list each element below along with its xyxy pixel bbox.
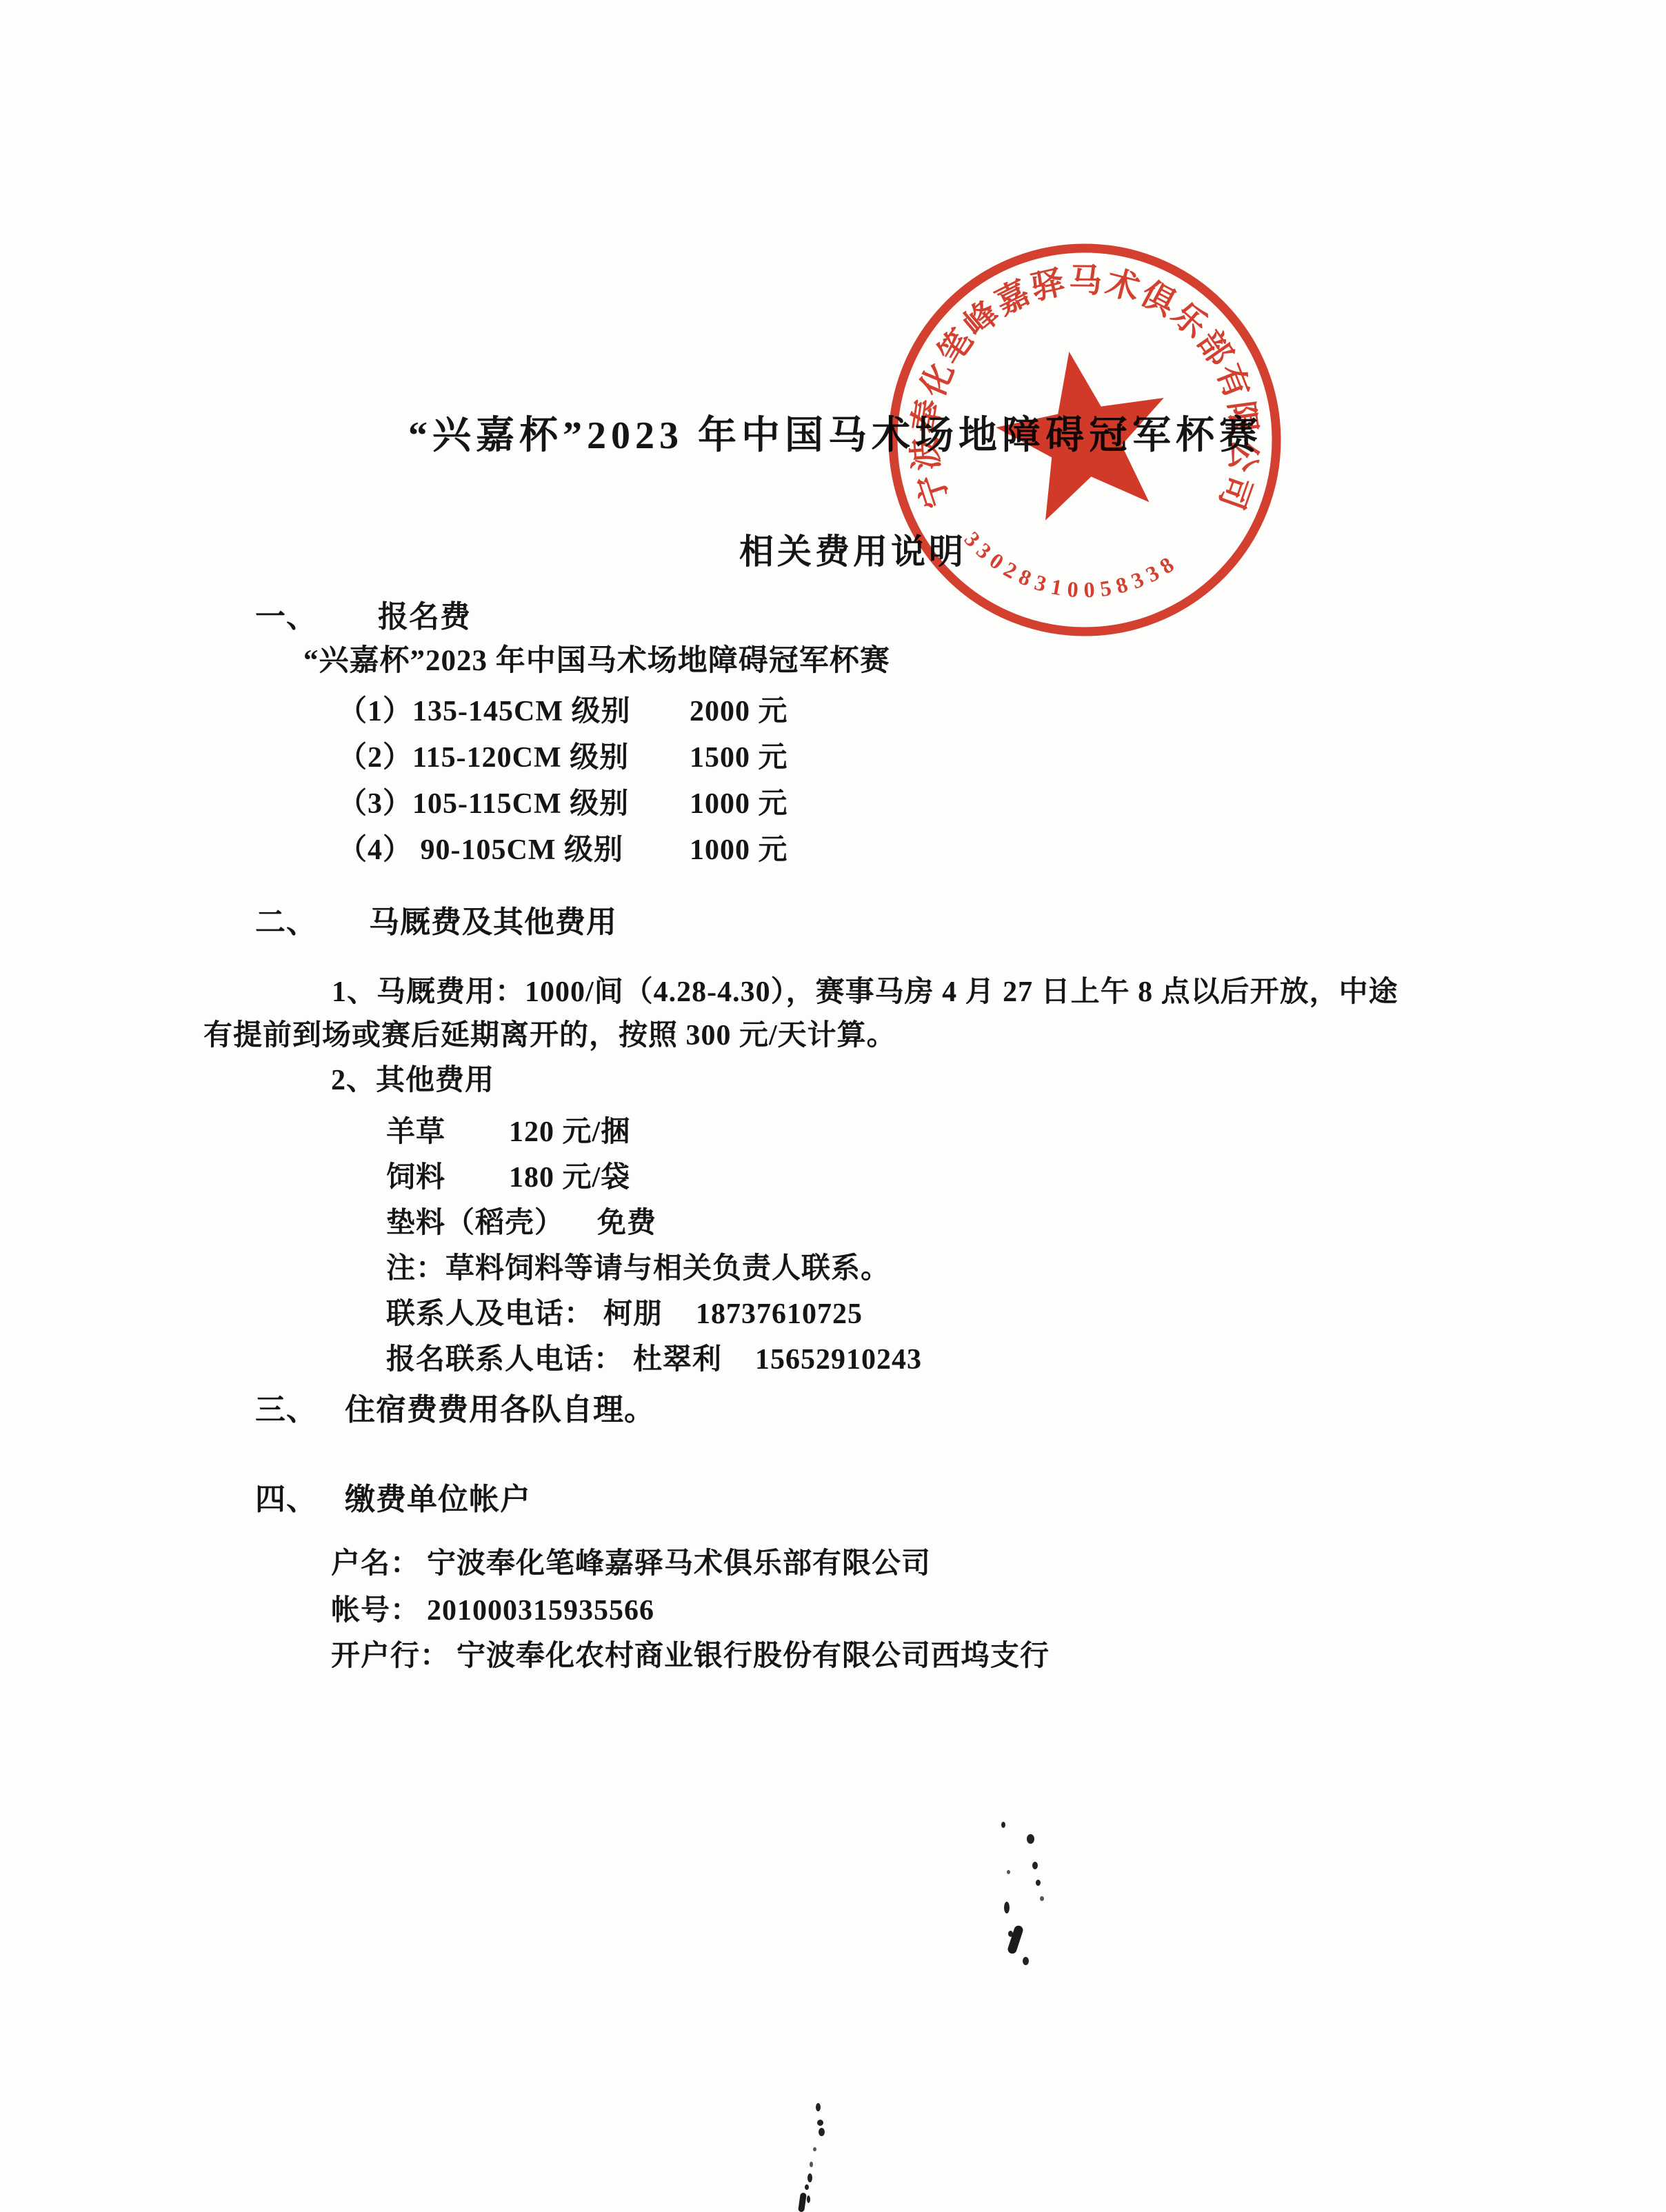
ink-speck [1032,1862,1038,1869]
stamp-serial-number: 33028310058338 [960,527,1183,603]
other-fee-label: 羊草 [386,1116,509,1149]
account-name-row: 户名：宁波奉化笔峰嘉驿马术俱乐部有限公司 [331,1547,931,1580]
fee-price: 1000 元 [690,788,788,820]
contact-row: 联系人及电话：柯朋18737610725 [386,1298,863,1331]
ink-speck [1040,1896,1044,1901]
ink-speck [1001,1822,1005,1828]
other-fee-price: 免费 [597,1207,656,1239]
contact-phone: 18737610725 [696,1298,863,1330]
section-heading-text: 报名费 [378,600,471,634]
other-fee-label: 垫料（稻壳） [386,1207,597,1240]
document-page: “兴嘉杯”2023 年中国马术场地障碍冠军杯赛 相关费用说明 一、报名费 “兴嘉… [0,0,1666,2212]
account-number-row: 帐号：201000315935566 [331,1594,654,1627]
section-stable-heading: 二、马厩费及其他费用 [255,905,617,941]
ink-streak [1007,1924,1024,1955]
ink-speck [807,2195,810,2203]
fee-label: （1）135-145CM 级别 [338,695,690,728]
other-fee-row: 羊草120 元/捆 [386,1116,630,1149]
ink-speck [816,2103,821,2111]
feed-note: 注：草料饲料等请与相关负责人联系。 [386,1252,890,1285]
ink-speck [807,2173,812,2182]
account-number-value: 201000315935566 [427,1595,654,1627]
account-name-value: 宁波奉化笔峰嘉驿马术俱乐部有限公司 [427,1548,931,1580]
section-registration-heading: 一、报名费 [255,600,471,635]
fee-price: 1500 元 [690,742,788,774]
ink-speck [810,2162,813,2167]
ink-speck [817,2120,823,2126]
contact-row: 报名联系人电话：杜翠利15652910243 [386,1343,922,1376]
fee-row: （2）115-120CM 级别1500 元 [338,741,788,774]
ink-speck [819,2128,825,2136]
fee-row: （4） 90-105CM 级别1000 元 [338,834,788,867]
fee-row: （1）135-145CM 级别2000 元 [338,695,788,728]
company-seal-stamp: 宁波奉化笔峰嘉驿马术俱乐部有限公司 33028310058338 [878,233,1292,647]
fee-row: （3）105-115CM 级别1000 元 [338,787,788,821]
stable-fee-paragraph: 1、马厩费用：1000/间（4.28-4.30），赛事马房 4 月 27 日上午… [203,971,1424,1058]
fee-label: （2）115-120CM 级别 [338,741,690,774]
ink-streak [798,2193,807,2212]
ink-speck [805,2184,809,2190]
section-heading-text: 马厩费及其他费用 [369,905,617,939]
contact-name: 柯朋 [603,1298,663,1330]
contact-label: 报名联系人电话： [386,1344,623,1376]
section-accommodation: 三、住宿费费用各队自理。 [255,1393,655,1428]
event-name-line: “兴嘉杯”2023 年中国马术场地障碍冠军杯赛 [303,644,890,678]
bank-row: 开户行：宁波奉化农村商业银行股份有限公司西坞支行 [331,1640,1050,1673]
section-marker: 一、 [255,600,317,634]
account-name-label: 户名： [331,1548,420,1580]
fee-label: （4） 90-105CM 级别 [338,834,690,867]
section-marker: 二、 [255,905,317,939]
ink-speck [1023,1957,1029,1965]
fee-price: 1000 元 [690,834,788,866]
other-fee-heading: 2、其他费用 [331,1064,494,1097]
account-number-label: 帐号： [331,1595,420,1627]
fee-price: 2000 元 [690,696,788,727]
other-fee-price: 180 元/袋 [509,1162,630,1194]
ink-speck [1027,1834,1034,1844]
ink-speck [1004,1902,1010,1913]
section-marker: 三、 [255,1393,317,1427]
stamp-star-icon [996,352,1164,521]
ink-speck [1007,1870,1010,1874]
other-fee-row: 饲料180 元/袋 [386,1161,630,1194]
section-payment-heading: 四、缴费单位帐户 [255,1482,531,1518]
other-fee-row: 垫料（稻壳）免费 [386,1207,656,1240]
other-fee-label: 饲料 [386,1161,509,1194]
bank-label: 开户行： [331,1640,450,1672]
section-heading-text: 缴费单位帐户 [345,1482,531,1516]
section-text: 住宿费费用各队自理。 [345,1393,655,1427]
contact-name: 杜翠利 [633,1344,722,1376]
ink-speck [813,2147,816,2151]
contact-label: 联系人及电话： [386,1298,594,1330]
ink-speck [1036,1880,1041,1886]
bank-value: 宁波奉化农村商业银行股份有限公司西坞支行 [456,1640,1050,1672]
other-fee-price: 120 元/捆 [509,1116,630,1148]
contact-phone: 15652910243 [755,1344,922,1376]
fee-label: （3）105-115CM 级别 [338,787,690,821]
section-marker: 四、 [255,1482,317,1516]
